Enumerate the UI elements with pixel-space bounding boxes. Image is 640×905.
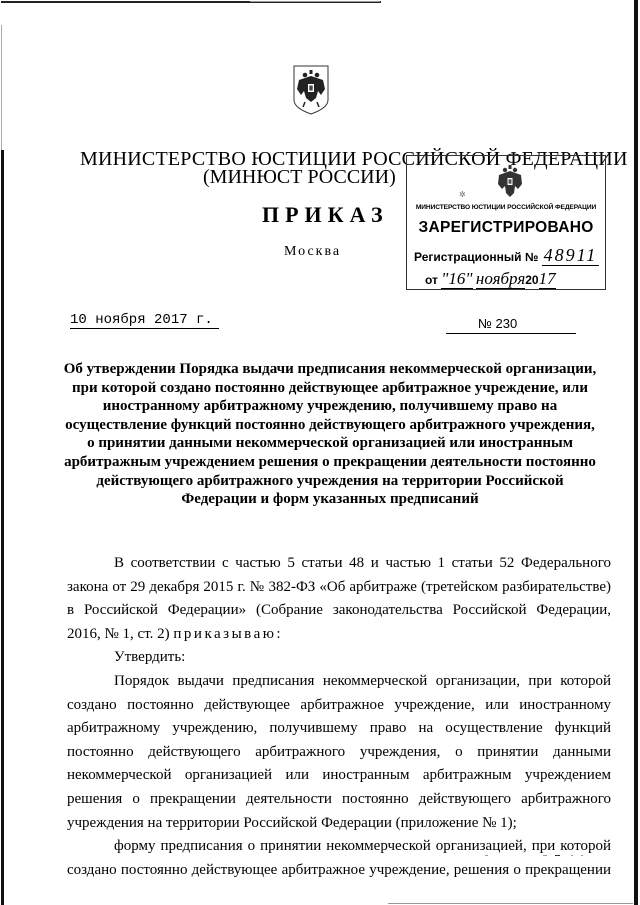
document-number: № 230 <box>478 316 517 331</box>
body-line: Порядок выдачи предписания некоммерческо… <box>67 670 611 694</box>
stamp-date-line: от "16" ноября2017 <box>425 269 556 289</box>
body-line: арбитражному учреждению, получившему пра… <box>67 717 611 741</box>
stamp-date-year-hand: 17 <box>539 269 556 289</box>
approve-line: Утвердить: <box>67 646 611 670</box>
stamp-speck: ✲ <box>459 190 466 199</box>
title-line: о принятии данными некоммерческой органи… <box>58 434 602 453</box>
body-line-order: 2016, № 1, ст. 2) приказываю: <box>67 623 611 647</box>
stamp-date-prefix: от <box>425 273 438 287</box>
stamp-eagle-icon <box>495 164 525 202</box>
title-line: Об утверждении Порядка выдачи предписани… <box>58 360 602 379</box>
stamp-reg-number: 48911 <box>542 245 600 266</box>
stamp-ministry: МИНИСТЕРСТВО ЮСТИЦИИ РОССИЙСКОЙ ФЕДЕРАЦИ… <box>407 204 605 211</box>
scan-edge-left-light <box>1 25 2 150</box>
body-line: создано постоянно действующее арбитражно… <box>67 694 611 718</box>
title-line: арбитражным учреждением решения о прекра… <box>58 453 602 472</box>
stamp-status: ЗАРЕГИСТРИРОВАНО <box>407 219 605 237</box>
stamp-date-day: "16" <box>441 269 472 289</box>
title-line: при которой создано постоянно действующе… <box>58 379 602 398</box>
document-title: Об утверждении Порядка выдачи предписани… <box>58 360 602 509</box>
body-line: 2016, № 1, ст. 2) <box>67 626 170 642</box>
stamp-date-month: ноября <box>476 269 525 289</box>
stamp-reg-label: Регистрационный № <box>414 250 538 264</box>
body-line: В соответствии с частью 5 статьи 48 и ча… <box>67 552 611 576</box>
body-line: некоммерческой организацией или иностран… <box>67 764 611 788</box>
title-line: осуществление функций постоянно действую… <box>58 416 602 435</box>
scan-artifacts <box>485 855 605 859</box>
ministry-short-name: (МИНЮСТ РОССИИ) <box>203 166 396 188</box>
stamp-registration-line: Регистрационный № 48911 <box>414 245 599 266</box>
scan-edge-left <box>1 150 4 905</box>
body-line: в Российской Федерации» (Собрание законо… <box>67 599 611 623</box>
body-line: закона от 29 декабря 2015 г. № 382-ФЗ «О… <box>67 576 611 600</box>
body-line: решения о прекращении деятельности посто… <box>67 788 611 812</box>
scan-edge-right <box>634 0 638 905</box>
russian-coat-of-arms-icon <box>291 62 331 116</box>
document-type: ПРИКАЗ <box>262 202 389 228</box>
body-line: постоянно действующего арбитражного учре… <box>67 741 611 765</box>
title-line: Федерации и форм указанных предписаний <box>58 490 602 509</box>
title-line: действующего арбитражного учреждения на … <box>58 472 602 491</box>
body-line: учреждения на территории Российской Феде… <box>67 812 611 836</box>
body-line: создано постоянно действующее арбитражно… <box>67 859 611 883</box>
order-word: приказываю: <box>173 626 283 642</box>
document-body: В соответствии с частью 5 статьи 48 и ча… <box>67 552 611 882</box>
registration-stamp: ✲ МИНИСТЕРСТВО ЮСТИЦИИ РОССИЙСКОЙ ФЕДЕРА… <box>406 155 606 290</box>
document-date: 10 ноября 2017 г. <box>70 313 219 329</box>
city: Москва <box>284 244 341 260</box>
scan-edge-top-light <box>250 1 380 2</box>
number-underline <box>446 333 576 334</box>
scan-edge-bottom <box>388 903 633 904</box>
title-line: иностранному арбитражному учреждению, по… <box>58 397 602 416</box>
stamp-date-year-printed: 20 <box>525 273 538 287</box>
